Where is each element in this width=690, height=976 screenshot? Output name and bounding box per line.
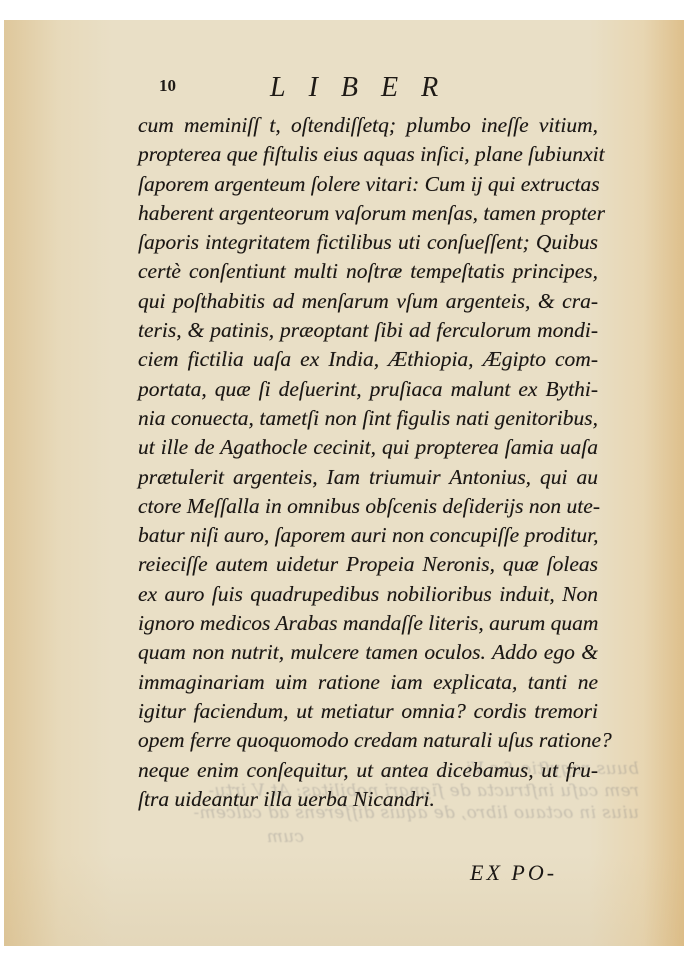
text-line: qui poſthabitis ad menſarum vſum argente… — [138, 287, 598, 316]
text-line: ſaporis integritatem fictilibus uti conſ… — [138, 228, 598, 257]
text-line: prætulerit argenteis, Iam triumuir Anton… — [138, 463, 598, 492]
text-line: ut ille de Agathocle cecinit, qui propte… — [138, 433, 598, 462]
text-line: immaginariam uim ratione iam explicata, … — [138, 668, 598, 697]
page-number: 10 — [159, 76, 176, 96]
text-line: igitur faciendum, ut metiatur omnia? cor… — [138, 697, 598, 726]
text-line: cum meminiſſ t, oſtendiſſetq; plumbo ine… — [138, 111, 598, 140]
text-line: portata, quæ ſi deſuerint, pruſiaca malu… — [138, 375, 598, 404]
running-title: LIBER — [270, 72, 461, 104]
text-line: propterea que fiſtulis eius aquas inſici… — [138, 140, 598, 169]
text-line: ciem fictilia uaſa ex India, Æthiopia, Æ… — [138, 345, 598, 374]
scan-viewport: buus regyſtio &c Vi rem caſu inſtructa d… — [0, 0, 690, 976]
text-line: opem ferre quoquomodo credam naturali uſ… — [138, 726, 598, 755]
text-line: haberent argenteorum vaſorum menſas, tam… — [138, 199, 598, 228]
text-line: teris, & patinis, præoptant ſibi ad ferc… — [138, 316, 598, 345]
text-line: batur niſi auro, ſaporem auri non concup… — [138, 521, 598, 550]
text-line: nia conuecta, tametſi non ſint figulis n… — [138, 404, 598, 433]
text-line: ſaporem argenteum ſolere vitari: Cum ij … — [138, 170, 598, 199]
running-head: 10 LIBER — [4, 72, 684, 102]
text-line: neque enim conſequitur, ut antea dicebam… — [138, 756, 598, 785]
text-line: certè conſentiunt multi noſtræ tempeſtat… — [138, 257, 598, 286]
body-text: cum meminiſſ t, oſtendiſſetq; plumbo ine… — [138, 111, 598, 814]
text-line: quam non nutrit, mulcere tamen oculos. A… — [138, 638, 598, 667]
catchword: EX PO- — [470, 860, 557, 886]
text-line: ex auro ſuis quadrupedibus nobilioribus … — [138, 580, 598, 609]
text-line: reieciſſe autem uidetur Propeia Neronis,… — [138, 550, 598, 579]
text-line: ſtra uideantur illa uerba Nicandri. — [138, 785, 598, 814]
text-line: ctore Meſſalla in omnibus obſcenis deſid… — [138, 492, 598, 521]
book-page: buus regyſtio &c Vi rem caſu inſtructa d… — [4, 20, 684, 946]
bleed-through-line: cum — [184, 826, 304, 848]
text-line: ignoro medicos Arabas mandaſſe literis, … — [138, 609, 598, 638]
